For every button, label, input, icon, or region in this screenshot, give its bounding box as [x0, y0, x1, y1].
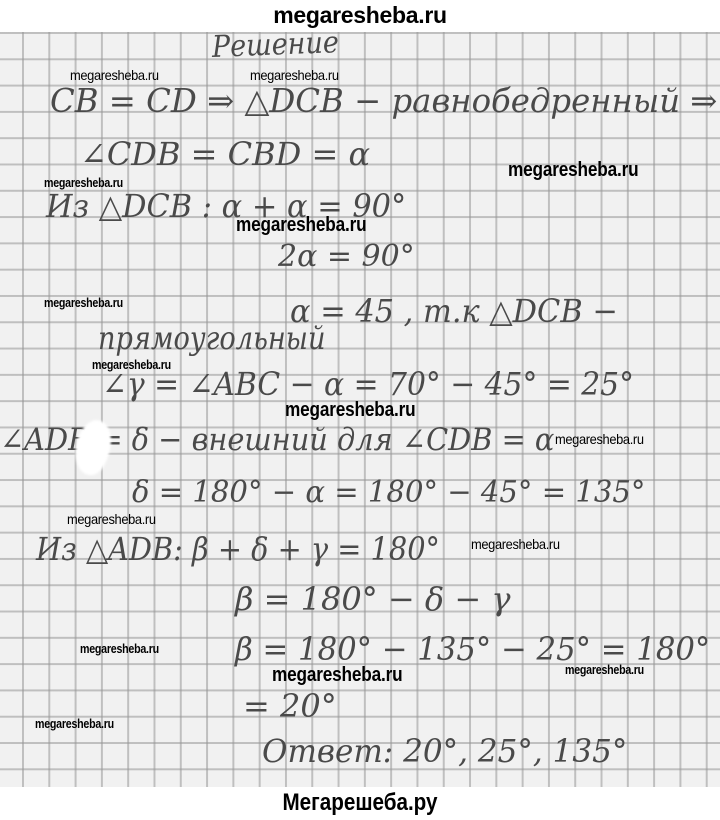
watermark: megaresheba.ru	[92, 358, 171, 371]
solution-line-1: CB = CD ⇒ △DCB − равнобедренный ⇒	[50, 84, 717, 117]
watermark: megaresheba.ru	[471, 537, 560, 551]
watermark: megaresheba.ru	[250, 68, 339, 82]
solution-line-6: прямоугольный	[98, 322, 325, 354]
watermark: megaresheba.ru	[80, 642, 159, 655]
watermark: megaresheba.ru	[44, 296, 123, 309]
solution-line-2: ∠CDB = CBD = α	[80, 138, 370, 170]
solution-line-10: Из △ADB: β + δ + γ = 180°	[36, 533, 440, 565]
watermark: megaresheba.ru	[44, 176, 123, 189]
solution-line-12: β = 180° − 135° − 25° = 180° − 160° =	[235, 633, 720, 665]
solution-line-5: α = 45 , т.к △DCB −	[290, 295, 618, 327]
watermark: megaresheba.ru	[272, 665, 402, 685]
watermark: megaresheba.ru	[67, 512, 156, 526]
site-header-logo[interactable]: megaresheba.ru	[0, 0, 720, 32]
watermark: megaresheba.ru	[508, 160, 638, 180]
watermark: megaresheba.ru	[236, 215, 366, 235]
watermark: megaresheba.ru	[285, 400, 415, 420]
watermark: megaresheba.ru	[35, 717, 114, 730]
site-footer-logo[interactable]: Мегарешеба.ру	[50, 787, 669, 820]
solution-line-13: = 20°	[243, 690, 337, 722]
answer-line: Ответ: 20°, 25°, 135°	[262, 735, 627, 767]
solution-line-7: ∠γ = ∠ABC − α = 70° − 45° = 25°	[102, 368, 634, 400]
watermark: megaresheba.ru	[555, 432, 644, 446]
solution-title: Решение	[212, 28, 340, 63]
watermark: megaresheba.ru	[565, 663, 644, 676]
watermark: megaresheba.ru	[70, 68, 159, 82]
solution-line-9: δ = 180° − α = 180° − 45° = 135°	[132, 478, 645, 508]
solution-line-11: β = 180° − δ − γ	[235, 583, 510, 615]
solution-line-4: 2α = 90°	[278, 242, 415, 272]
